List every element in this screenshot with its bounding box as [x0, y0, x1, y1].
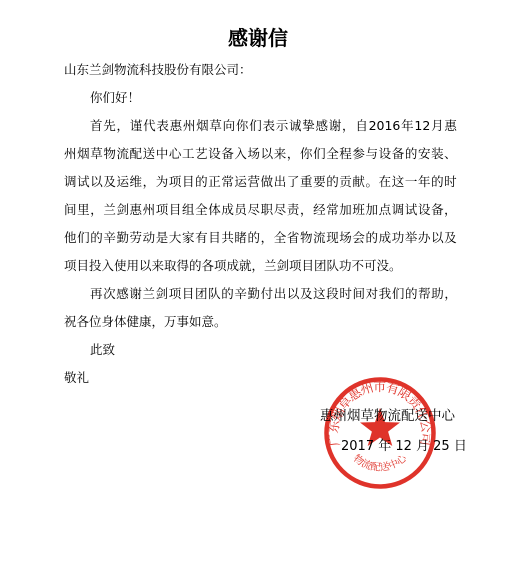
- letter-page: 感谢信 山东兰剑物流科技股份有限公司： 你们好！ 首先，谨代表惠州烟草向你们表示…: [0, 0, 516, 577]
- body-line: 调试以及运维，为项目的正常运营做出了重要的贡献。在这一年的时: [64, 168, 457, 196]
- body-paragraphs: 首先，谨代表惠州烟草向你们表示诚挚感谢，自2016年12月惠州烟草物流配送中心工…: [64, 112, 457, 336]
- body-line: 间里，兰剑惠州项目组全体成员尽职尽责，经常加班加点调试设备，: [64, 196, 457, 224]
- body-line: 州烟草物流配送中心工艺设备入场以来，你们全程参与设备的安装、: [64, 140, 457, 168]
- closing-phrase-line: 此致: [64, 336, 457, 364]
- official-seal-stamp: 广东烟草惠州市有限责任公司 物流配送中心: [322, 375, 438, 491]
- body-line: 项目投入使用以来取得的各项成就，兰剑项目团队功不可没。: [64, 252, 457, 280]
- signature-organization: 惠州烟草物流配送中心: [320, 406, 455, 426]
- letter-content: 山东兰剑物流科技股份有限公司： 你们好！ 首先，谨代表惠州烟草向你们表示诚挚感谢…: [64, 56, 457, 392]
- body-line: 首先，谨代表惠州烟草向你们表示诚挚感谢，自2016年12月惠: [64, 112, 457, 140]
- letter-title: 感谢信: [0, 0, 516, 49]
- body-line: 祝各位身体健康，万事如意。: [64, 308, 457, 336]
- body-line: 他们的辛勤劳动是大家有目共睹的，全省物流现场会的成功举办以及: [64, 224, 457, 252]
- signature-date: 2017 年 12 月 25 日: [341, 437, 467, 457]
- seal-graphic: 广东烟草惠州市有限责任公司 物流配送中心: [322, 375, 438, 491]
- greeting-line: 你们好！: [64, 84, 457, 112]
- body-line: 再次感谢兰剑项目团队的辛勤付出以及这段时间对我们的帮助，: [64, 280, 457, 308]
- recipient-line: 山东兰剑物流科技股份有限公司：: [64, 56, 457, 84]
